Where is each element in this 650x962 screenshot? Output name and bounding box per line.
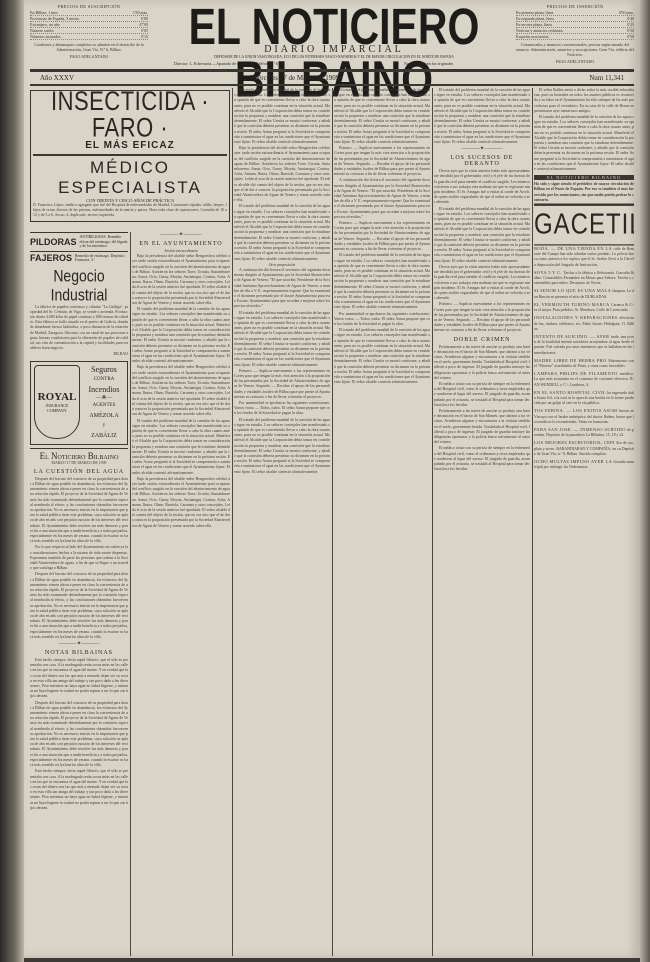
originals-note: No se devuelven los originales xyxy=(404,61,524,66)
insertion-heading: PRECIOS DE INSERCIÓN xyxy=(516,4,634,9)
pildoras-text: ANTIBILIOSAS. Remedio eficaz del estómag… xyxy=(80,235,128,249)
newspaper-subtitle: DIARIO IMPARCIAL xyxy=(134,44,534,55)
insertion-footer: PAGO ADELANTADO xyxy=(516,59,634,64)
issue-number: Num 11,341 xyxy=(589,74,624,82)
insecticida-ad: INSECTICIDA · FARO · EL MÁS EFICAZ MÉDIC… xyxy=(30,90,230,222)
column-1: PILDORASANTIBILIOSAS. Remedio eficaz del… xyxy=(30,232,128,956)
ad-block-top: INSECTICIDA · FARO · EL MÁS EFICAZ MÉDIC… xyxy=(30,88,230,233)
gacetilla-item: LOS MEJORES ESCRITORIOS, CEPI llos de or… xyxy=(534,440,634,457)
medico-title: MÉDICO ESPECIALISTA xyxy=(33,154,227,198)
promo-header: EL NOTICIERO BILBAINO xyxy=(534,175,634,180)
ayuntamiento-article: Bajo la presidencia del alcalde señor Be… xyxy=(132,254,230,529)
insecticida-title: INSECTICIDA · FARO · xyxy=(33,89,227,142)
issue-date: Miércoles 17 de Marzo de 1909 xyxy=(250,74,339,82)
dateline-rule xyxy=(30,84,634,86)
director-line: Director: L. Echevarría.—Apartado de cor… xyxy=(174,61,394,66)
subscription-prices: PRECIOS DE SUSCRIPCIÓN En Bilbao, 1 mes1… xyxy=(30,4,148,59)
year-label: Año XXXV xyxy=(40,74,74,82)
sucesos-headline: LOS SUCESOS DE DERANTO xyxy=(434,155,530,167)
negocio-text: La fábrica de papeles continuos y cilind… xyxy=(30,305,128,352)
gacetilla-item: TOS FERINA. — LOS EXITOS ASOM brosos en … xyxy=(534,408,634,425)
royal-insurance-ad: ROYAL INSURANCE COMPANY Seguros CONTRA I… xyxy=(30,361,128,445)
gacetilla-item: EN EL SANTO HOSPITAL CIVIL ha ingresado … xyxy=(534,390,634,407)
column-rule xyxy=(332,88,333,956)
column-6: El señor Ibáñez envía a dicho señor la m… xyxy=(534,88,634,956)
sucesos-article: Dícese ayer que la visita anterior había… xyxy=(434,169,530,333)
column-4: El tratado del problema mundial de la cu… xyxy=(334,88,430,956)
newspaper-tagline: DEFENSOR DE LA UNIÓN VASCONGADA, ECO DE … xyxy=(124,55,544,59)
royal-agents: Seguros CONTRA Incendios —❀— AGENTES AMÉ… xyxy=(84,365,124,441)
gacetilla-list: BODA. — DE UNA TIENDA EN LA calle de Rem… xyxy=(534,246,634,470)
gacetilla-item: INSTALACIONES Y REPARACIONES eléctricas … xyxy=(534,315,634,332)
notas-article: Está hecho siempre, decía aquel filósofo… xyxy=(30,658,128,811)
subscription-heading: PRECIOS DE SUSCRIPCIÓN xyxy=(30,4,148,9)
medico-text: D. Francisco López, médico agregado que … xyxy=(33,203,227,219)
gacetilla-item: BODA. — DE UNA TIENDA EN LA calle de Rem… xyxy=(534,246,634,268)
gacetilla-item: SOYA 5 Y C. Tarifas a la fábrica y flebo… xyxy=(534,270,634,287)
negocio-sign: BILBAO xyxy=(30,352,128,357)
crimen-headline: DOBLE CRIMEN xyxy=(434,337,530,343)
crimen-article: Próximamente a las nueve de anoche se pr… xyxy=(434,345,530,473)
page-edge xyxy=(640,0,650,962)
agua-headline: LA CUESTIÓN DEL AGUA xyxy=(30,469,128,475)
column-rule xyxy=(432,88,433,956)
gacetilla-item: INTENTO DE SUICIDIO. — AYER tarde, una j… xyxy=(534,334,634,356)
gacetilla-title: GACETILLA xyxy=(534,204,634,246)
column-3: El tratado del problema mundial de la cu… xyxy=(234,88,330,956)
price-row: Números atrasados0'10 xyxy=(30,34,148,40)
fajeros-label: FAJEROS xyxy=(30,256,72,261)
subscription-note: Cuadernos y almanaques completos se admi… xyxy=(30,42,148,52)
pildoras-label: PILDORAS xyxy=(30,240,77,245)
negocio-title: Negocio Industrial xyxy=(30,265,128,303)
gacetilla-item: EL VERMOUTH TURINO MARCA Caranca & C.ª e… xyxy=(534,302,634,313)
gacetilla-item: LAMPARA PHILIPS DE FILAMENTO metálico. L… xyxy=(534,371,634,388)
fajeros-text: Remedio de estómago. Depósito: Farmacia,… xyxy=(75,254,128,263)
gacetilla-item: PARA SAN JOSE. — INMENSO SURTIDO de pren… xyxy=(534,427,634,438)
otra-article: A continuación dió lectura el secretario… xyxy=(234,268,330,475)
column-rule xyxy=(130,232,131,956)
newspaper-page: PRECIOS DE SUSCRIPCIÓN En Bilbao, 1 mes1… xyxy=(24,0,640,958)
col6-top-article: El señor Ibáñez envía a dicho señor la m… xyxy=(534,88,634,172)
section-date: MARZO 17 DE MARZO DE 1909 xyxy=(30,461,128,466)
insertion-note: Comunicados y anuncios convencionales, p… xyxy=(516,42,634,57)
gacetilla-item: SI SENOR LO QUE ES UNA MALA lámpara. Le … xyxy=(534,288,634,299)
promo-text: Ha sido y sigue siendo el periódico de m… xyxy=(534,182,634,203)
ayuntamiento-headline: EN EL AYUNTAMIENTO xyxy=(132,241,230,247)
column-rule xyxy=(232,88,233,956)
notas-headline: NOTAS BILBAINAS xyxy=(30,650,128,656)
col5-top-article: El tratado del problema mundial de la cu… xyxy=(434,88,530,145)
pildoras-ad: PILDORASANTIBILIOSAS. Remedio eficaz del… xyxy=(30,232,128,251)
gacetilla-item: MADRE LIBRE DE HEBRA PRO Matrimonio con … xyxy=(534,358,634,369)
section-paper-name: El Noticiero Bilbaino xyxy=(30,448,128,461)
column-2: ———✦——— EN EL AYUNTAMIENTO Sesión extrao… xyxy=(132,232,230,956)
divider-ornament: ———✦——— xyxy=(30,641,128,647)
agua-article: Después del fracaso del concurso de su p… xyxy=(30,477,128,640)
insertion-prices: PRECIOS DE INSERCIÓN En primera plana, l… xyxy=(516,4,634,64)
book-binding xyxy=(0,0,24,962)
column-5: El tratado del problema mundial de la cu… xyxy=(434,88,530,956)
fajeros-ad: FAJEROSRemedio de estómago. Depósito: Fa… xyxy=(30,251,128,265)
center-article: El tratado del problema mundial de la cu… xyxy=(234,88,330,262)
gacetilla-item: OCHO MULTAS IMPUSO AYER LA Guardia munic… xyxy=(534,459,634,470)
column-rule xyxy=(532,88,533,956)
acuerdos-article: El tratado del problema mundial de la cu… xyxy=(334,88,430,385)
masthead-rule xyxy=(30,69,634,72)
price-row: Esquelas mortuorias0'50 xyxy=(516,34,634,40)
dateline: Año XXXV Miércoles 17 de Marzo de 1909 N… xyxy=(30,73,634,84)
shield-icon: ROYAL INSURANCE COMPANY xyxy=(34,365,80,439)
masthead: PRECIOS DE SUSCRIPCIÓN En Bilbao, 1 mes1… xyxy=(24,0,640,70)
